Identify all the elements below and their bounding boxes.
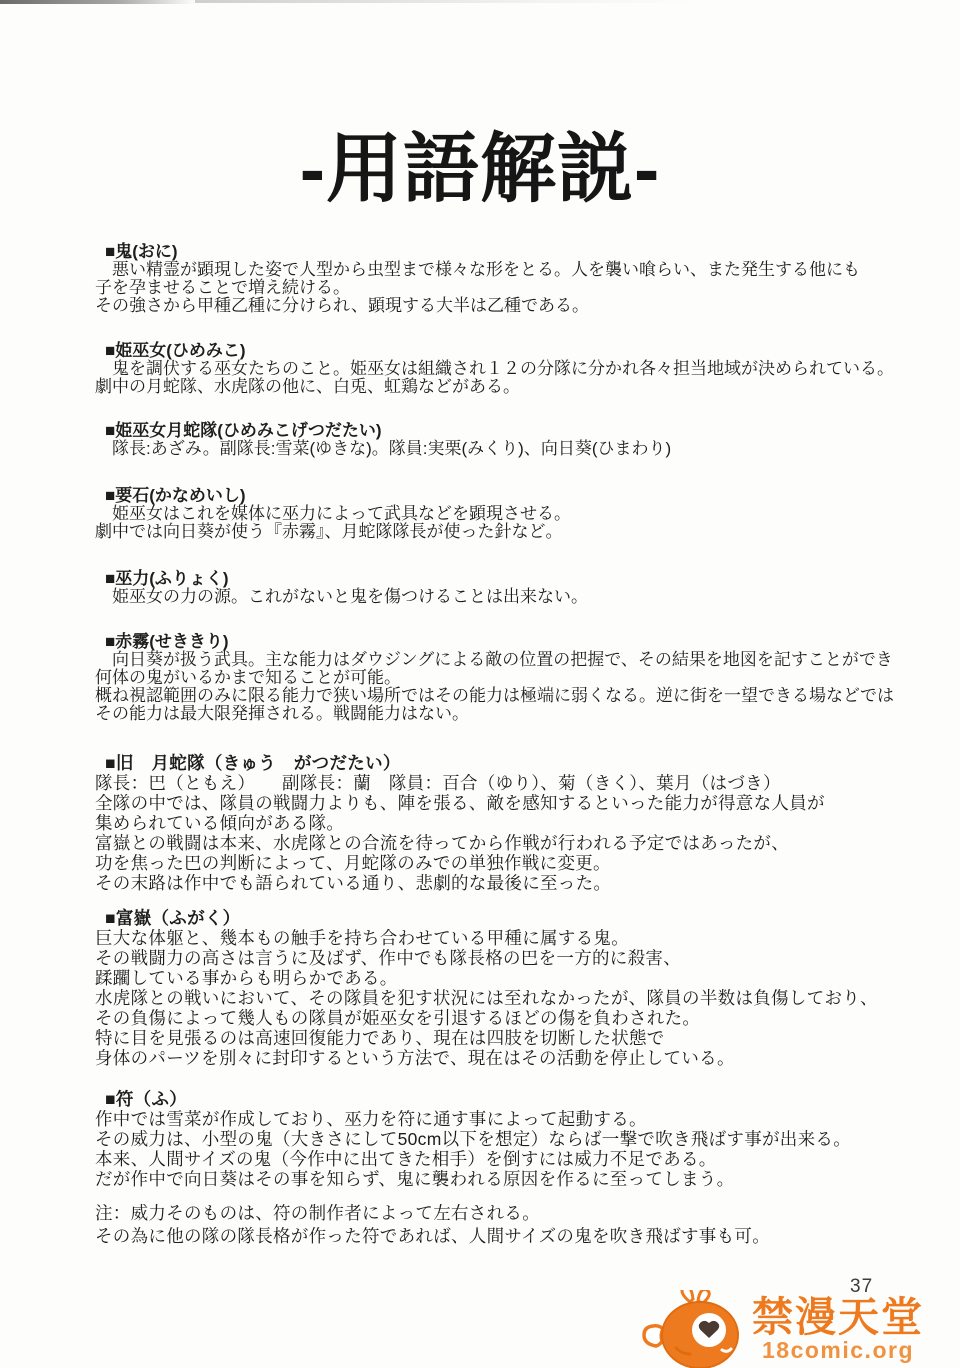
section-line: 劇中では向日葵が使う『赤霧』、月蛇隊隊長が使った針など。 [95,523,925,541]
section-heading: ■姫巫女月蛇隊(ひめみこげつだたい) [95,422,925,440]
glossary-section: ■姫巫女(ひめみこ) 鬼を調伏する巫女たちのこと。姫巫女は組織され１２の分隊に分… [95,342,925,396]
orange-whale-mascot-icon [642,1290,750,1368]
section-heading: ■富嶽（ふがく） [95,908,925,928]
glossary-section: ■赤霧(せききり) 向日葵が扱う武具。主な能力はダウジングによる敵の位置の把握で… [95,633,925,723]
section-line: 水虎隊との戦いにおいて、その隊員を犯す状況には至れなかったが、隊員の半数は負傷し… [95,988,925,1008]
section-line: だが作中で向日葵はその事を知らず、鬼に襲われる原因を作るに至ってしまう。 [95,1169,925,1189]
section-line: 隊長:あざみ。副隊長:雪菜(ゆきな)。隊員:実栗(みくり)、向日葵(ひまわり) [95,440,925,458]
section-line: 特に目を見張るのは高速回復能力であり、現在は四肢を切断した状態で [95,1028,925,1048]
section-line: その戦闘力の高さは言うに及ばず、作中でも隊長格の巴を一方的に殺害、 [95,948,925,968]
section-line: 全隊の中では、隊員の戦闘力よりも、陣を張る、敵を感知するといった能力が得意な人員… [95,793,925,813]
section-heading: ■巫力(ふりょく) [95,570,925,588]
scan-artifact [195,0,695,3]
scanned-glossary-page: -用語解説- ■鬼(おに) 悪い精霊が顕現した姿で人型から虫型まで様々な形をとる… [0,0,960,1368]
section-line: 蹂躙している事からも明らかである。 [95,968,925,988]
page-title: -用語解説- [0,108,960,217]
glossary-section: ■鬼(おに) 悪い精霊が顕現した姿で人型から虫型まで様々な形をとる。人を襲い喰ら… [95,243,925,315]
section-line: 姫巫女の力の源。これがないと鬼を傷つけることは出来ない。 [95,588,925,606]
section-heading: ■鬼(おに) [95,243,925,261]
section-line: その威力は、小型の鬼（大きさにして50cm以下を想定）ならば一撃で吹き飛ばす事が… [95,1129,925,1149]
glossary-section: ■富嶽（ふがく）巨大な体躯と、幾本もの触手を持ち合わせている甲種に属する鬼。その… [95,908,925,1068]
section-line: 劇中の月蛇隊、水虎隊の他に、白兎、虹鶏などがある。 [95,378,925,396]
section-line: その強さから甲種乙種に分けられ、顕現する大半は乙種である。 [95,297,925,315]
section-line: その負傷によって幾人もの隊員が姫巫女を引退するほどの傷を負わされた。 [95,1008,925,1028]
section-line: その能力は最大限発揮される。戦闘能力はない。 [95,705,925,723]
section-line: 功を焦った巴の判断によって、月蛇隊のみでの単独作戦に変更。 [95,853,925,873]
section-line: 何体の鬼がいるかまで知ることが可能。 [95,669,925,687]
section-line: 注：威力そのものは、符の制作者によって左右される。 [95,1202,925,1225]
glossary-section: ■巫力(ふりょく) 姫巫女の力の源。これがないと鬼を傷つけることは出来ない。 [95,570,925,606]
section-line: 本来、人間サイズの鬼（今作中に出てきた相手）を倒すには威力不足である。 [95,1149,925,1169]
glossary-section: ■符（ふ）作中では雪菜が作成しており、巫力を符に通す事によって起動する。その威力… [95,1089,925,1189]
section-line: 巨大な体躯と、幾本もの触手を持ち合わせている甲種に属する鬼。 [95,928,925,948]
glossary-section: ■要石(かなめいし) 姫巫女はこれを媒体に巫力によって武具などを顕現させる。劇中… [95,487,925,541]
watermark-site-url: 18comic.org [762,1338,914,1362]
section-heading: ■姫巫女(ひめみこ) [95,342,925,360]
scan-artifact [0,0,195,4]
section-line: 作中では雪菜が作成しており、巫力を符に通す事によって起動する。 [95,1109,925,1129]
watermark-site-name: 禁漫天堂 [752,1296,924,1338]
section-line: 隊長：巴（ともえ） 副隊長：蘭 隊員：百合（ゆり）、菊（きく）、葉月（はづき） [95,773,925,793]
section-line: 概ね視認範囲のみに限る能力で狭い場所ではその能力は極端に弱くなる。逆に街を一望で… [95,687,925,705]
section-line: その末路は作中でも語られている通り、悲劇的な最後に至った。 [95,873,925,893]
glossary-section: ■旧 月蛇隊（きゅう がつだたい）隊長：巴（ともえ） 副隊長：蘭 隊員：百合（ゆ… [95,753,925,893]
watermark-logo: 禁漫天堂 18comic.org [642,1290,942,1368]
section-heading: ■旧 月蛇隊（きゅう がつだたい） [95,753,925,773]
section-line: 富嶽との戦闘は本来、水虎隊との合流を待ってから作戦が行われる予定ではあったが、 [95,833,925,853]
section-line: 子を孕ませることで増え続ける。 [95,279,925,297]
watermark-text: 禁漫天堂 18comic.org [752,1296,924,1362]
section-line: 鬼を調伏する巫女たちのこと。姫巫女は組織され１２の分隊に分かれ各々担当地域が決め… [95,360,925,378]
glossary-section: ■姫巫女月蛇隊(ひめみこげつだたい) 隊長:あざみ。副隊長:雪菜(ゆきな)。隊員… [95,422,925,458]
section-line: 身体のパーツを別々に封印するという方法で、現在はその活動を停止している。 [95,1048,925,1068]
section-line: 集められている傾向がある隊。 [95,813,925,833]
section-line: その為に他の隊の隊長格が作った符であれば、人間サイズの鬼を吹き飛ばす事も可。 [95,1225,925,1248]
section-line: 姫巫女はこれを媒体に巫力によって武具などを顕現させる。 [95,505,925,523]
section-heading: ■要石(かなめいし) [95,487,925,505]
glossary-section: 注：威力そのものは、符の制作者によって左右される。その為に他の隊の隊長格が作った… [95,1202,925,1248]
section-heading: ■符（ふ） [95,1089,925,1109]
section-heading: ■赤霧(せききり) [95,633,925,651]
section-line: 悪い精霊が顕現した姿で人型から虫型まで様々な形をとる。人を襲い喰らい、また発生す… [95,261,925,279]
section-line: 向日葵が扱う武具。主な能力はダウジングによる敵の位置の把握で、その結果を地図を記… [95,651,925,669]
